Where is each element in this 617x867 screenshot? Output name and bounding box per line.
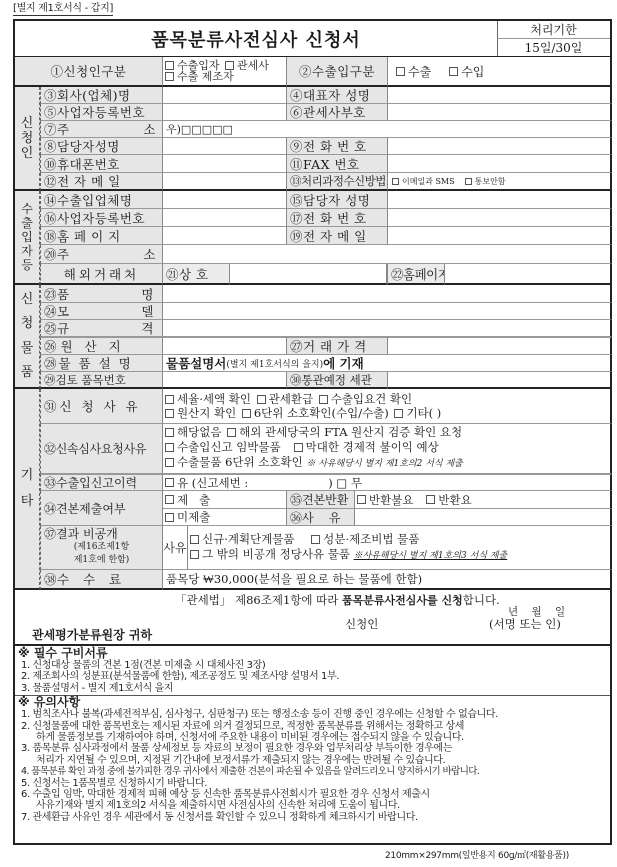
- side-char: 출: [21, 216, 33, 230]
- side-char: 청: [21, 131, 34, 146]
- private-note: ※사유해당시 별지 제1호의3 서식 제출: [354, 551, 508, 561]
- bizno-label: ⑤사업자등록번호: [40, 104, 163, 121]
- private-label-main: ㊲결과 비공개: [41, 528, 118, 541]
- required-doc-item: 2. 제조회사의 성분표(분석물품에 한함), 제조공정도 및 제조사양 설명서…: [18, 671, 607, 682]
- sign-or-seal: (서명 또는 인): [489, 616, 561, 632]
- email-label: ⑫전 자 메 일: [40, 173, 163, 191]
- checkbox-broker[interactable]: [225, 61, 234, 70]
- option-refund: 관세환급: [269, 392, 313, 406]
- sample-return-label: ㉟견본반환: [287, 491, 355, 509]
- private-label-sub1: (제16조제1항: [74, 541, 129, 554]
- trader-bizno-input[interactable]: [163, 209, 287, 227]
- declaration-text-b: 합니다.: [463, 593, 500, 607]
- spec-input[interactable]: [163, 320, 612, 337]
- note-item: 처리가 지연될 수 있으며, 지정된 기간내에 보정서류가 제출되지 않는 경우…: [18, 755, 607, 766]
- sample-submit-option: 제 출: [163, 491, 287, 509]
- private-label-sub2: 제1호에 한함): [74, 554, 130, 567]
- checkbox-tariff-check[interactable]: [165, 395, 174, 404]
- desc-bold-b: 에 기재: [323, 355, 364, 372]
- reason-label: ㉛신 청 사 유: [40, 389, 163, 424]
- trader-homepage-label: ⑱홈 페 이 지: [40, 227, 163, 245]
- checkbox-importer[interactable]: [165, 61, 174, 70]
- customs-office-label: ㉚통관예정 세관: [287, 372, 388, 389]
- section-goods: 신 청 물 품: [13, 285, 40, 389]
- option-sample-not: 미제출: [177, 509, 210, 525]
- fee-value: 품목당 ₩30,000(분석을 필요로 하는 물품에 한함): [163, 570, 612, 590]
- checkbox-history-yes[interactable]: [165, 478, 174, 487]
- spec-label-a: ㉕규: [44, 320, 70, 337]
- declaration-text-bold: 품목분류사전심사를 신청: [342, 594, 463, 607]
- option-broker: 관세사: [237, 59, 269, 72]
- trade-price-label: ㉗거 래 가 격: [287, 337, 388, 355]
- return-reason-input[interactable]: [355, 509, 612, 526]
- bizno-input[interactable]: [163, 104, 287, 121]
- declaration-block: 「관세법」 제86조제1항에 따라 품목분류사전심사를 신청합니다. 년 월 일…: [13, 590, 612, 646]
- side-char: 등: [21, 258, 33, 272]
- checkbox-email-sms[interactable]: [392, 178, 399, 185]
- option-origin: 원산지 확인: [177, 406, 236, 420]
- note-item: 사유기재와 별지 제1호의2 서식을 제출하시면 사전심사의 신속한 처리에 도…: [18, 800, 607, 811]
- option-import: 수입: [461, 63, 484, 80]
- origin-label: ㉖원 산 지: [40, 337, 163, 355]
- model-label: ㉔모델: [40, 303, 163, 320]
- trade-type-options: 수출 수입: [388, 57, 612, 87]
- phone-label: ⑨전 화 번 호: [287, 138, 388, 155]
- trader-email-label: ⑲전 자 메 일: [287, 227, 388, 245]
- model-input[interactable]: [163, 303, 612, 320]
- option-other-private: 그 밖의 비공개 정당사유 물품: [202, 547, 350, 561]
- address-label: ⑦주소: [40, 121, 163, 138]
- notify-method-options: 이메일과 SMS 통보안함: [388, 173, 612, 191]
- notes-title: ※ 유의사항: [18, 696, 607, 709]
- email-input[interactable]: [163, 173, 287, 191]
- required-docs-title: ※ 필수 구비서류: [18, 647, 607, 660]
- company-input[interactable]: [163, 87, 287, 104]
- deadline-label: 처리기한: [497, 19, 612, 39]
- option-no-return: 반환불요: [369, 492, 413, 508]
- trader-address-label-b: 소: [143, 245, 156, 263]
- spec-label: ㉕규격: [40, 320, 163, 337]
- urgent-note: ※ 사유해당시 별지 제1호의2 서식 제출: [306, 459, 462, 469]
- model-label-b: 델: [141, 303, 154, 320]
- section-other: 기 타: [13, 389, 40, 590]
- checkbox-none[interactable]: [165, 428, 174, 437]
- note-item: 4. 품목분류 확인 과정 중에 불가피한 경우 귀사에서 제출한 견본이 파손…: [18, 766, 607, 777]
- side-char: 기: [21, 463, 34, 489]
- checkbox-refund[interactable]: [257, 395, 266, 404]
- return-reason-label: ㊱사 유: [287, 509, 355, 526]
- note-item: 3. 품목분류 심사과정에서 물품 상세정보 등 자료의 보정이 필요한 경우와…: [18, 743, 607, 754]
- checkbox-loss[interactable]: [294, 443, 303, 452]
- goods-name-input[interactable]: [163, 285, 612, 303]
- declaration-text: 「관세법」 제86조제1항에 따라 품목분류사전심사를 신청합니다.: [175, 592, 500, 608]
- option-history-yes: 유 (신고세번 :: [177, 475, 248, 491]
- hs-code-input[interactable]: [163, 372, 287, 389]
- checkbox-subheading[interactable]: [242, 409, 251, 418]
- section-applicant: 신 청 인: [13, 87, 40, 191]
- required-doc-item: 3. 물품설명서 - 별지 제1호서식 을지: [18, 683, 607, 694]
- declaration-history-options: 유 (신고세번 :) □ 무: [163, 474, 612, 491]
- desc-small: (별지 제1호서식의 을지): [226, 357, 323, 370]
- goods-name-label-b: 명: [141, 285, 154, 303]
- overseas-name-label: ㉑상 호: [163, 264, 230, 285]
- checkbox-composition[interactable]: [311, 535, 320, 544]
- urgent-reason-options: 해당없음 해외 관세당국의 FTA 원산지 검증 확인 요청 수출입신고 임박물…: [163, 424, 612, 474]
- address-label-a: ⑦주: [44, 121, 70, 138]
- declaration-text-a: 「관세법」 제86조제1항에 따라: [175, 593, 342, 607]
- side-char: 인: [21, 146, 34, 161]
- checkbox-fta[interactable]: [227, 428, 236, 437]
- sample-return-options: 반환불요 반환요: [355, 491, 612, 509]
- overseas-name-input[interactable]: [230, 264, 387, 285]
- option-other: 기타( ): [406, 406, 441, 420]
- customs-office-input[interactable]: [388, 372, 612, 389]
- note-item: 2. 신청물품에 대한 품목번호는 제시된 자료에 의거 결정되므로, 적정한 …: [18, 721, 607, 732]
- side-char: 신: [21, 116, 34, 131]
- note-item: 7. 관세환급 사유인 경우 세관에서 동 신청서를 확인할 수 있으니 정확하…: [18, 812, 607, 823]
- rep-input[interactable]: [388, 87, 612, 104]
- trader-company-label: ⑭수출입업체명: [40, 191, 163, 209]
- option-none: 해당없음: [177, 425, 221, 439]
- checkbox-imminent[interactable]: [165, 443, 174, 452]
- addressee: 관세평가분류원장 귀하: [32, 626, 152, 643]
- checkbox-export[interactable]: [396, 67, 405, 76]
- overseas-homepage-label: ㉒홈페이지: [387, 264, 445, 285]
- mobile-input[interactable]: [163, 155, 287, 173]
- trader-address-input[interactable]: [163, 245, 612, 264]
- model-label-a: ㉔모: [44, 303, 70, 320]
- checkbox-origin[interactable]: [165, 409, 174, 418]
- trader-homepage-input[interactable]: [163, 227, 287, 245]
- desc-bold-a: 물품설명서: [166, 355, 226, 372]
- trader-contact-input[interactable]: [388, 191, 612, 209]
- note-item: 1. 범칙조사나 불복(과세전적부심, 심사청구, 심판청구) 또는 행정소송 …: [18, 709, 607, 720]
- option-no-notify: 통보안함: [475, 176, 506, 187]
- checkbox-sample-not[interactable]: [165, 513, 174, 522]
- goods-desc-label: ㉘물 품 설 명: [40, 355, 163, 372]
- broker-code-label: ⑥관세사부호: [287, 104, 388, 121]
- checkbox-other-private[interactable]: [190, 550, 199, 559]
- side-char: 신: [21, 292, 34, 307]
- reason-options: 세율·세액 확인 관세환급 수출입요건 확인 원산지 확인 6단위 소호확인(수…: [163, 389, 612, 424]
- option-new-product: 신규·계획단계물품: [202, 532, 295, 546]
- option-return: 반환요: [438, 492, 471, 508]
- contact-name-input[interactable]: [163, 138, 287, 155]
- address-input[interactable]: 우)□□□□□: [163, 121, 612, 138]
- mobile-label: ⑩휴대폰번호: [40, 155, 163, 173]
- side-char: 입: [21, 230, 33, 244]
- note-item: 6. 수출입 임박, 막대한 경제적 피해 예상 등 신속한 품목분류사전회시가…: [18, 789, 607, 800]
- fax-input[interactable]: [388, 155, 612, 173]
- broker-code-input[interactable]: [388, 104, 612, 121]
- fax-label: ⑪FAX 번호: [287, 155, 388, 173]
- deadline-value: 15일/30일: [497, 38, 612, 58]
- goods-desc-value: 물품설명서(별지 제1호서식의 을지)에 기재: [163, 355, 612, 372]
- checkbox-no-notify[interactable]: [465, 178, 472, 185]
- goods-name-label: ㉓품명: [40, 285, 163, 303]
- note-item: 5. 신청서는 1품목별로 신청하시기 바랍니다.: [18, 778, 607, 789]
- side-char: 청: [21, 316, 34, 331]
- trader-contact-label: ⑮담당자 성명: [287, 191, 388, 209]
- private-result-label: ㊲결과 비공개 (제16조제1항 제1호에 한함): [40, 526, 163, 570]
- option-composition: 성분·제조비법 물품: [323, 532, 419, 546]
- declaration-history-label: ㉝수출입신고이력: [40, 474, 163, 491]
- option-export: 수출: [408, 63, 431, 80]
- option-sample-submit: 제 출: [177, 492, 210, 508]
- paper-spec: 210mm×297mm(일반용지 60g/㎡(재활용품)): [385, 848, 569, 861]
- option-fta: 해외 관세당국의 FTA 원산지 검증 확인 요청: [239, 425, 462, 439]
- option-history-no: ) □ 무: [328, 475, 362, 491]
- overseas-partner-label: 해외거래처: [40, 264, 163, 285]
- goods-name-label-a: ㉓품: [44, 285, 70, 303]
- checkbox-export-subheading[interactable]: [165, 458, 174, 467]
- checkbox-new-product[interactable]: [190, 535, 199, 544]
- private-reason-options: 신규·계획단계물품 성분·제조비법 물품 그 밖의 비공개 정당사유 물품 ※사…: [188, 526, 612, 570]
- trade-type-label: ②수출입구분: [287, 57, 388, 87]
- sample-not-option: 미제출: [163, 509, 287, 526]
- side-char: 품: [21, 365, 34, 380]
- form-number-label: [별지 제1호서식 - 갑지]: [13, 2, 113, 16]
- side-char: 타: [21, 489, 34, 515]
- option-tariff-check: 세율·세액 확인: [177, 392, 251, 406]
- option-email-sms: 이메일과 SMS: [402, 176, 455, 187]
- address-label-b: 소: [143, 121, 156, 138]
- page-title: 품목분류사전심사 신청서: [13, 19, 498, 58]
- sample-submission-label: ㉞견본제출여부: [40, 491, 163, 526]
- trader-email-input[interactable]: [388, 227, 612, 245]
- trader-company-input[interactable]: [163, 191, 287, 209]
- option-imminent: 수출입신고 임박물품: [177, 440, 281, 454]
- applicant-type-options: 수출입자 관세사 수출 제조자: [163, 57, 287, 87]
- option-requirement: 수출입요건 확인: [331, 392, 412, 406]
- required-doc-item: 1. 신청대상 물품의 견본 1점(견본 미제출 시 대체사진 3장): [18, 660, 607, 671]
- urgent-reason-label: ㉜신속심사요청사유: [40, 424, 163, 474]
- side-char: 수: [21, 202, 33, 216]
- rep-label: ④대표자 성명: [287, 87, 388, 104]
- contact-name-label: ⑧담당자성명: [40, 138, 163, 155]
- side-char: 자: [21, 244, 33, 258]
- checkbox-requirement[interactable]: [319, 395, 328, 404]
- company-label: ③회사(업체)명: [40, 87, 163, 104]
- fee-label: ㊳수 수 료: [40, 570, 163, 590]
- checkbox-import[interactable]: [449, 67, 458, 76]
- option-loss: 막대한 경제적 불이익 예상: [306, 440, 439, 454]
- section-trader: 수 출 입 자 등: [13, 191, 40, 285]
- trader-phone-input[interactable]: [388, 209, 612, 227]
- option-manufacturer: 수출 제조자: [177, 70, 234, 83]
- notify-method-label: ⑬처리과정수신방법: [287, 173, 388, 191]
- option-export-subheading: 수출물품 6단위 소호확인: [177, 455, 303, 469]
- phone-input[interactable]: [388, 138, 612, 155]
- trader-address-label-a: ⑳주: [44, 245, 70, 263]
- private-reason-label: 사유: [163, 526, 188, 570]
- trade-price-input[interactable]: [388, 337, 612, 355]
- checkbox-return[interactable]: [426, 495, 435, 504]
- trader-address-label: ⑳주소: [40, 245, 163, 264]
- overseas-homepage-input[interactable]: [445, 264, 612, 285]
- hs-code-label: ㉙검토 품목번호: [40, 372, 163, 389]
- applicant-signature-label: 신청인: [345, 616, 378, 632]
- checkbox-manufacturer[interactable]: [165, 72, 174, 81]
- checkbox-other[interactable]: [394, 409, 403, 418]
- note-item: 하게 물품정보를 기재하여야 하며, 신청서에 주요한 내용이 미비된 경우에는…: [18, 732, 607, 743]
- trader-bizno-label: ⑯사업자등록번호: [40, 209, 163, 227]
- side-char: 물: [21, 341, 34, 356]
- origin-input[interactable]: [163, 337, 287, 355]
- checkbox-sample-submit[interactable]: [165, 495, 174, 504]
- spec-label-b: 격: [141, 320, 154, 337]
- notes-block: ※ 필수 구비서류 1. 신청대상 물품의 견본 1점(견본 미제출 시 대체사…: [13, 646, 612, 845]
- applicant-type-label: ①신청인구분: [13, 57, 163, 87]
- option-subheading: 6단위 소호확인(수입/수출): [254, 406, 389, 420]
- trader-phone-label: ⑰전 화 번 호: [287, 209, 388, 227]
- checkbox-no-return[interactable]: [357, 495, 366, 504]
